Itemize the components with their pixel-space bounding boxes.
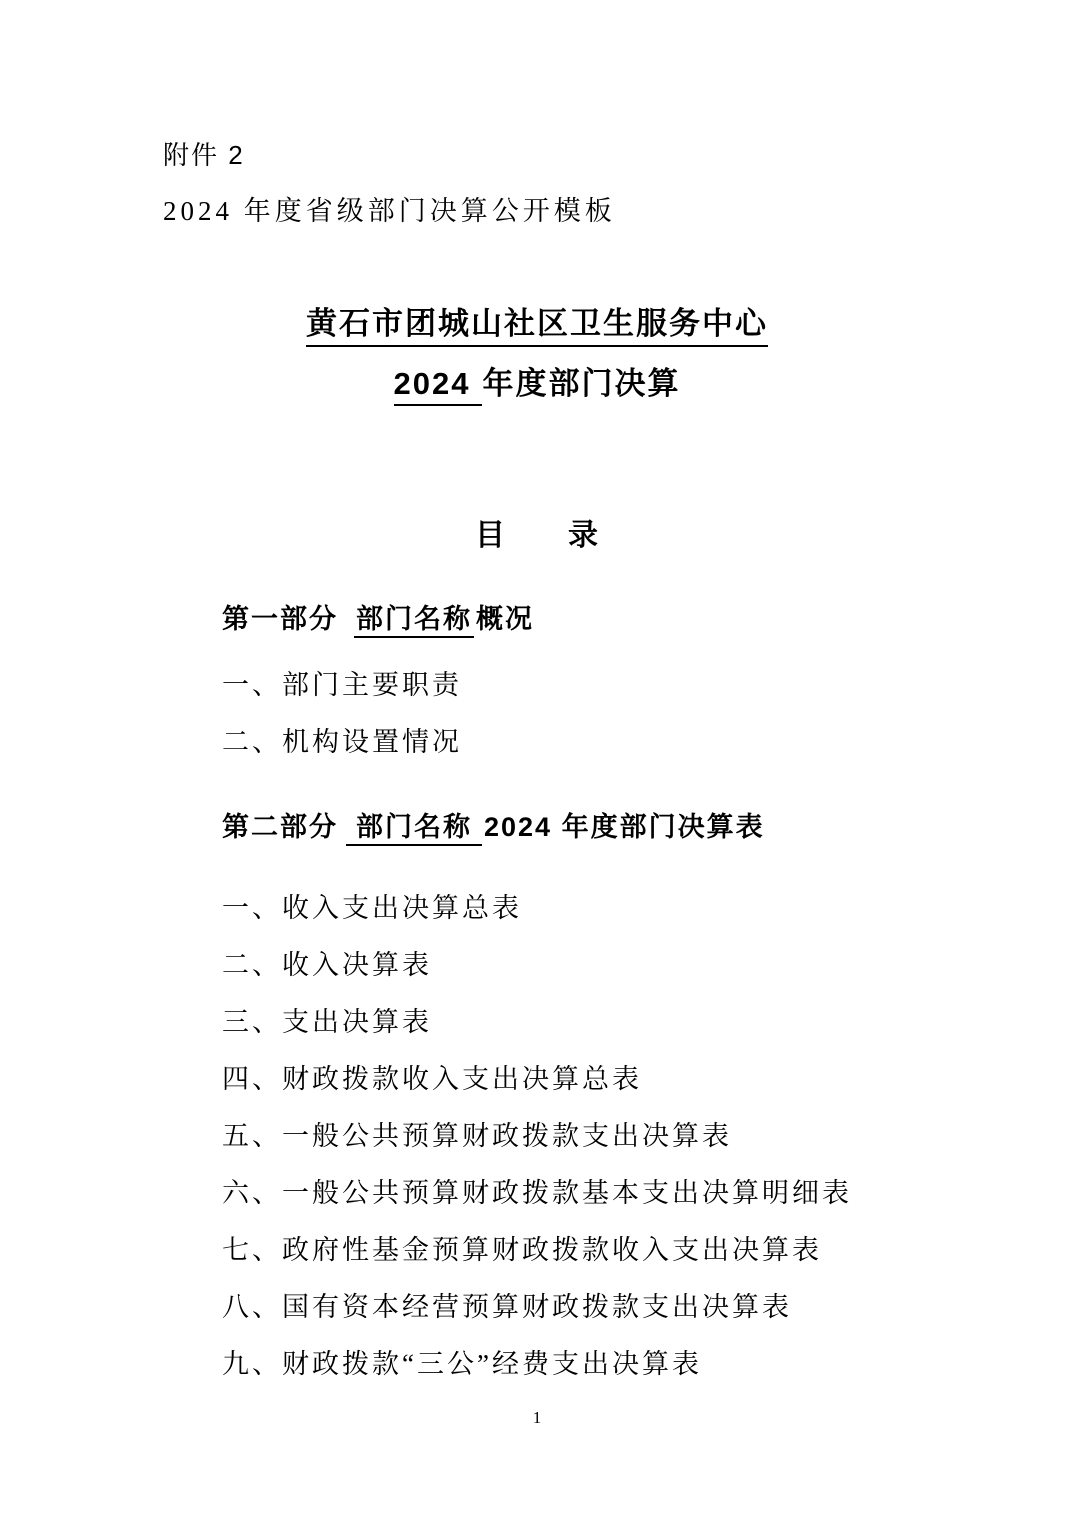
section1-underlined-name: 部门名称 — [354, 604, 474, 638]
section1-heading: 第一部分部门名称概况 — [222, 604, 534, 638]
main-title-line2-rest: 年度部门决算 — [482, 366, 680, 401]
section2-prefix: 第二部分 — [222, 812, 338, 842]
template-title: 2024 年度省级部门决算公开模板 — [163, 196, 616, 227]
toc-item: 五、一般公共预算财政拨款支出决算表 — [222, 1121, 732, 1152]
toc-item: 三、支出决算表 — [222, 1007, 432, 1038]
section2-suffix: 2024 年度部门决算表 — [484, 812, 765, 842]
main-title-line1: 黄石市团城山社区卫生服务中心 — [0, 306, 1074, 347]
toc-heading: 目 录 — [0, 519, 1074, 554]
toc-item: 四、财政拨款收入支出决算总表 — [222, 1064, 642, 1095]
page-number: 1 — [0, 1408, 1074, 1428]
section1-suffix: 概况 — [476, 604, 534, 634]
section2-heading: 第二部分部门名称2024 年度部门决算表 — [222, 812, 765, 846]
document-page: 附件 2 2024 年度省级部门决算公开模板 黄石市团城山社区卫生服务中心 20… — [0, 0, 1074, 1520]
toc-item: 八、国有资本经营预算财政拨款支出决算表 — [222, 1292, 792, 1323]
toc-item: 一、收入支出决算总表 — [222, 893, 522, 924]
year-underlined: 2024 — [394, 366, 483, 406]
toc-item: 一、部门主要职责 — [222, 670, 462, 701]
section2-underlined-name: 部门名称 — [346, 812, 482, 846]
main-title-line2: 2024年度部门决算 — [0, 366, 1074, 406]
org-name-underlined: 黄石市团城山社区卫生服务中心 — [306, 306, 768, 347]
toc-item: 九、财政拨款“三公”经费支出决算表 — [222, 1349, 702, 1380]
toc-item: 二、收入决算表 — [222, 950, 432, 981]
attachment-label: 附件 2 — [163, 141, 245, 171]
section1-prefix: 第一部分 — [222, 604, 338, 634]
toc-item: 六、一般公共预算财政拨款基本支出决算明细表 — [222, 1178, 852, 1209]
toc-item: 二、机构设置情况 — [222, 727, 462, 758]
toc-item: 七、政府性基金预算财政拨款收入支出决算表 — [222, 1235, 822, 1266]
